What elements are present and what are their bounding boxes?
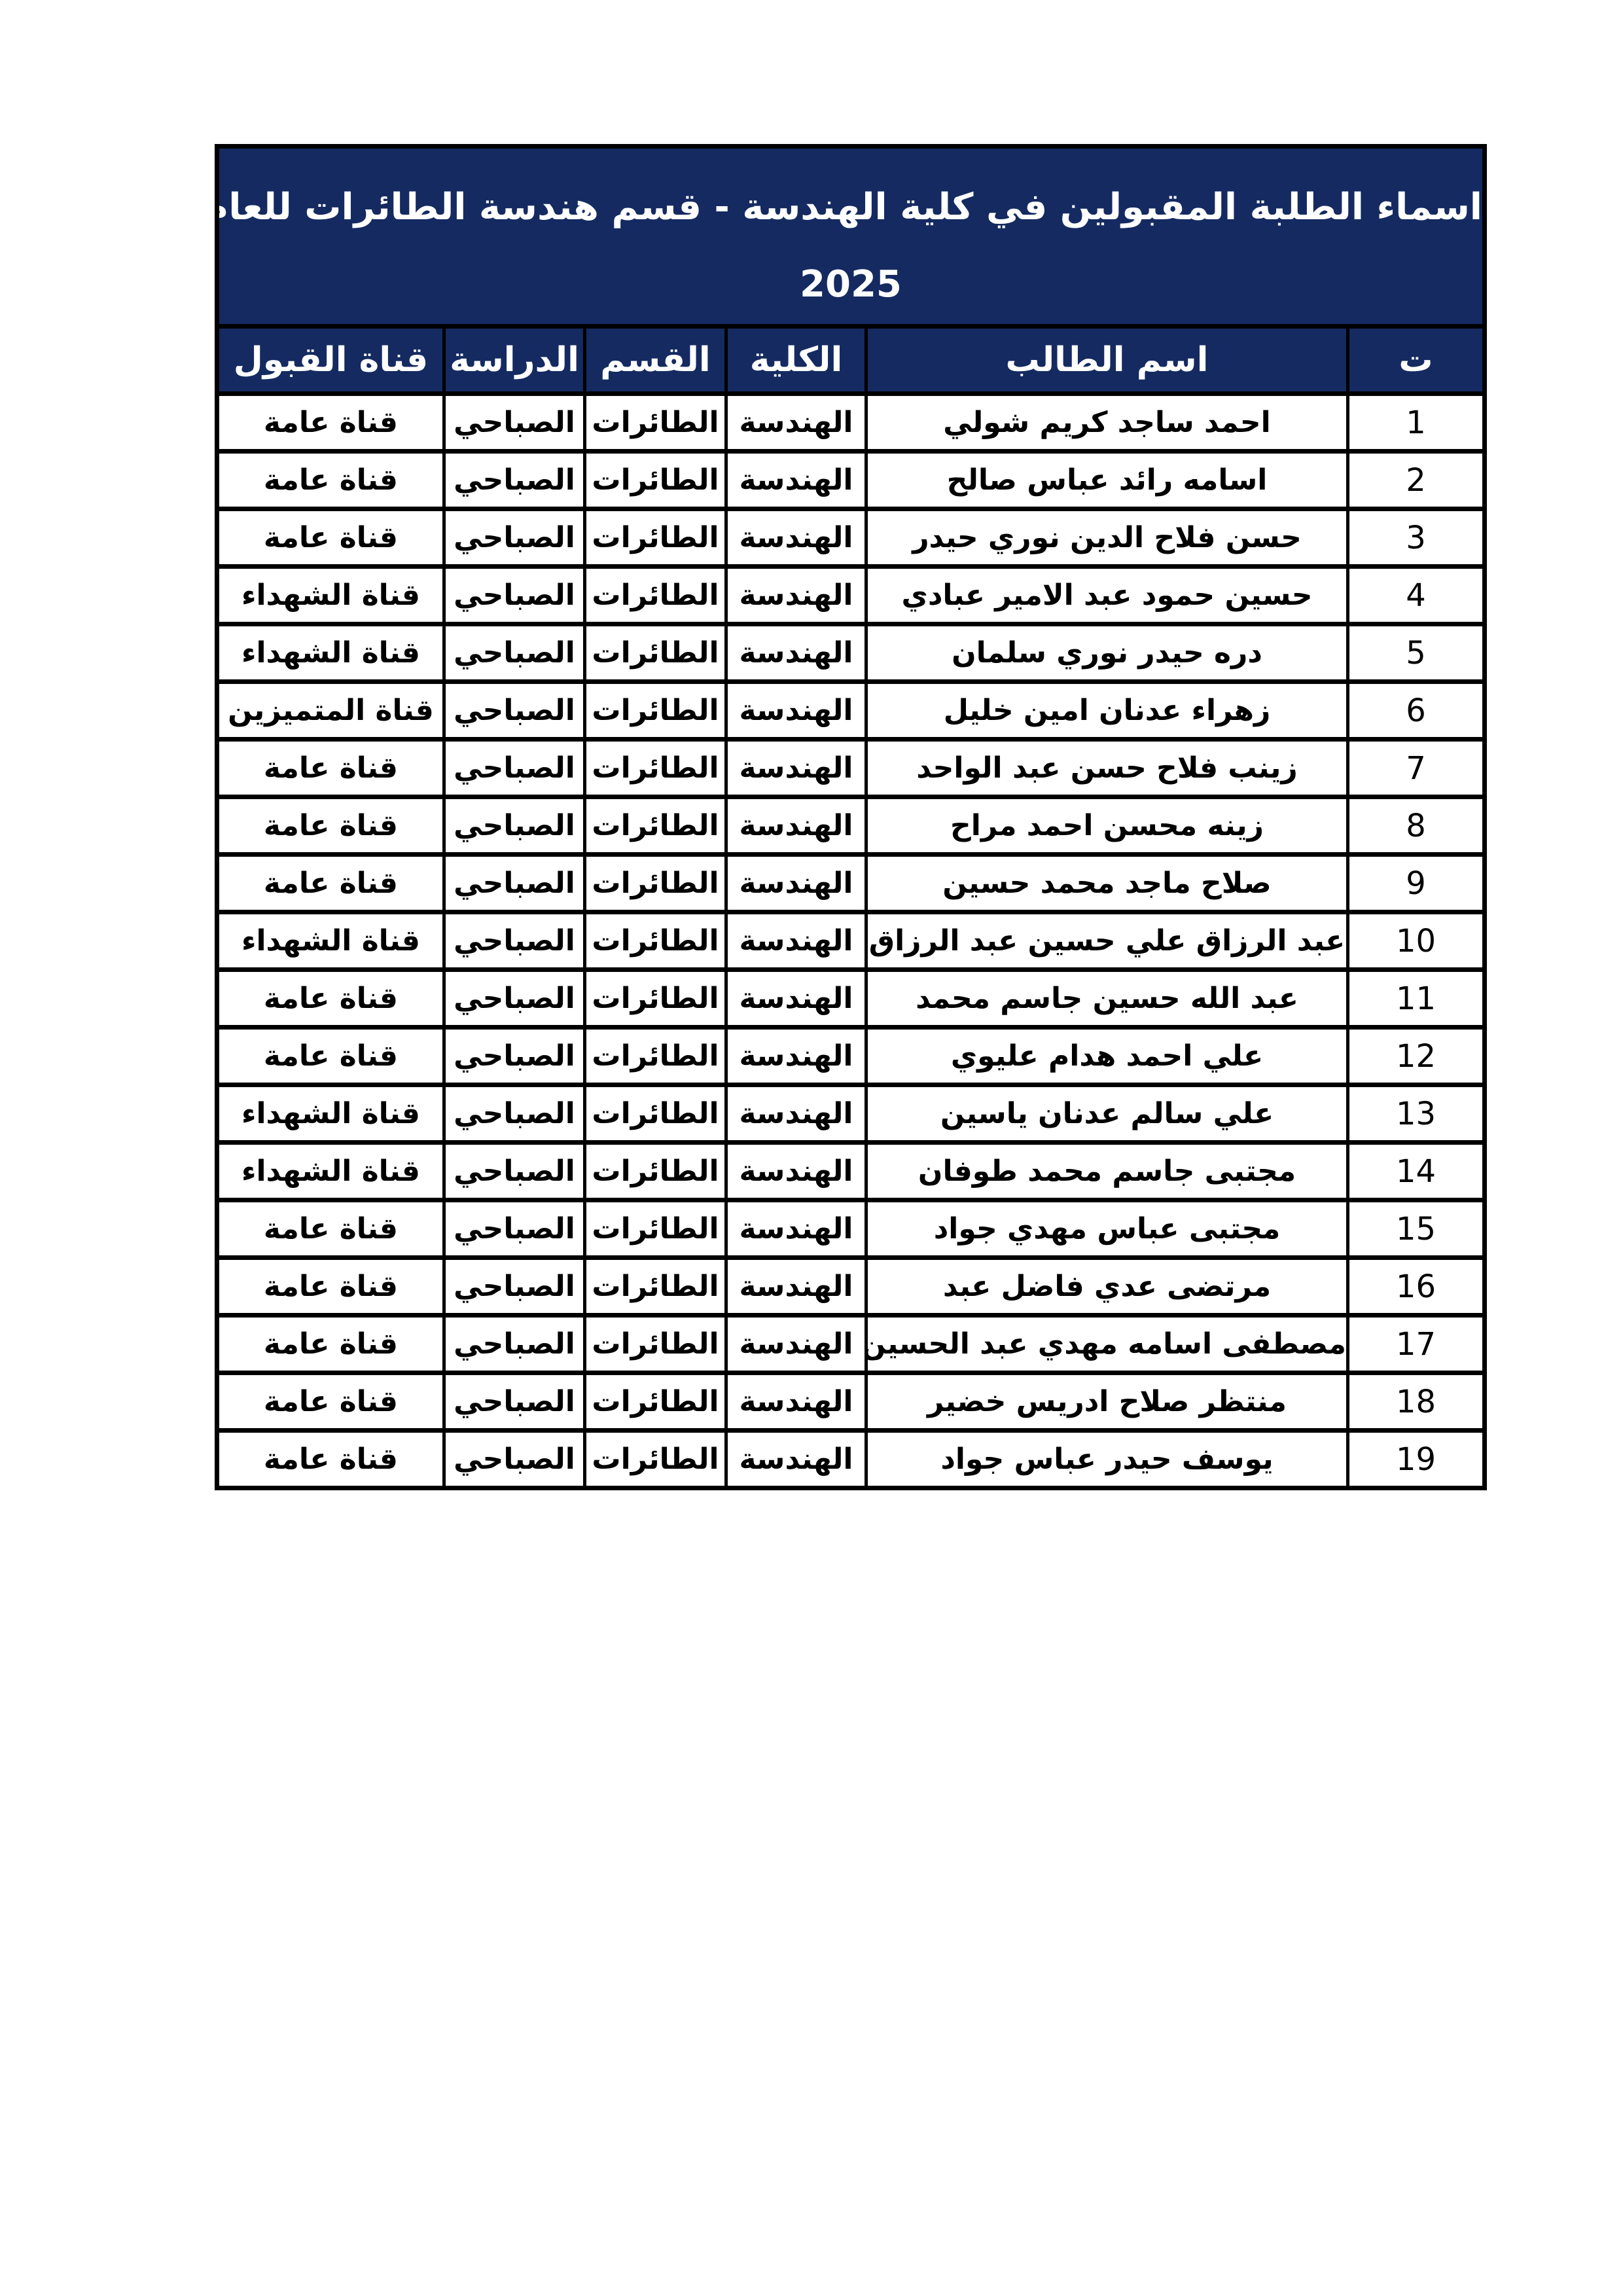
- cell-student-name: علي سالم عدنان ياسين: [866, 1085, 1348, 1143]
- cell-admission-channel: قناة عامة: [217, 1258, 444, 1316]
- cell-department: الطائرات: [585, 1258, 726, 1316]
- cell-college: الهندسة: [726, 797, 866, 855]
- cell-student-name: مجتبى عباس مهدي جواد: [866, 1200, 1348, 1258]
- cell-student-name: منتظر صلاح ادريس خضير: [866, 1373, 1348, 1431]
- cell-serial: 13: [1348, 1085, 1485, 1143]
- document-page: اسماء الطلبة المقبولين في كلية الهندسة -…: [0, 0, 1623, 2296]
- cell-student-name: صلاح ماجد محمد حسين: [866, 855, 1348, 912]
- cell-college: الهندسة: [726, 912, 866, 970]
- cell-serial: 8: [1348, 797, 1485, 855]
- cell-student-name: مجتبى جاسم محمد طوفان: [866, 1143, 1348, 1200]
- cell-admission-channel: قناة المتميزين: [217, 682, 444, 740]
- column-header-serial: ت: [1348, 327, 1485, 394]
- cell-study: الصباحي: [444, 1431, 585, 1488]
- cell-student-name: زينب فلاح حسن عبد الواحد: [866, 740, 1348, 797]
- table-row: 9 صلاح ماجد محمد حسين الهندسة الطائرات ا…: [217, 855, 1484, 912]
- cell-department: الطائرات: [585, 1431, 726, 1488]
- cell-student-name: زينه محسن احمد مراح: [866, 797, 1348, 855]
- cell-study: الصباحي: [444, 509, 585, 567]
- cell-serial: 6: [1348, 682, 1485, 740]
- table-body: 1 احمد ساجد كريم شولي الهندسة الطائرات ا…: [217, 394, 1484, 1488]
- table-row: 10 عبد الرزاق علي حسين عبد الرزاق الهندس…: [217, 912, 1484, 970]
- table-title-line1: اسماء الطلبة المقبولين في كلية الهندسة -…: [219, 189, 1482, 226]
- cell-department: الطائرات: [585, 1316, 726, 1373]
- cell-department: الطائرات: [585, 1028, 726, 1085]
- cell-student-name: دره حيدر نوري سلمان: [866, 624, 1348, 682]
- cell-college: الهندسة: [726, 1200, 866, 1258]
- cell-study: الصباحي: [444, 1316, 585, 1373]
- table-row: 14 مجتبى جاسم محمد طوفان الهندسة الطائرا…: [217, 1143, 1484, 1200]
- cell-student-name: مرتضى عدي فاضل عبد: [866, 1258, 1348, 1316]
- cell-department: الطائرات: [585, 797, 726, 855]
- cell-student-name: عبد الله حسين جاسم محمد: [866, 970, 1348, 1028]
- cell-serial: 14: [1348, 1143, 1485, 1200]
- acceptance-table: اسماء الطلبة المقبولين في كلية الهندسة -…: [218, 144, 1487, 1490]
- cell-college: الهندسة: [726, 1373, 866, 1431]
- cell-department: الطائرات: [585, 682, 726, 740]
- cell-admission-channel: قناة عامة: [217, 1373, 444, 1431]
- column-header-student-name: اسم الطالب: [866, 327, 1348, 394]
- cell-department: الطائرات: [585, 509, 726, 567]
- cell-study: الصباحي: [444, 970, 585, 1028]
- cell-study: الصباحي: [444, 740, 585, 797]
- cell-student-name: يوسف حيدر عباس جواد: [866, 1431, 1348, 1488]
- table-row: 5 دره حيدر نوري سلمان الهندسة الطائرات ا…: [217, 624, 1484, 682]
- table-row: 6 زهراء عدنان امين خليل الهندسة الطائرات…: [217, 682, 1484, 740]
- table-row: 8 زينه محسن احمد مراح الهندسة الطائرات ا…: [217, 797, 1484, 855]
- table-row: 3 حسن فلاح الدين نوري حيدر الهندسة الطائ…: [217, 509, 1484, 567]
- cell-admission-channel: قناة عامة: [217, 1200, 444, 1258]
- cell-serial: 1: [1348, 394, 1485, 452]
- cell-admission-channel: قناة عامة: [217, 740, 444, 797]
- table-row: 7 زينب فلاح حسن عبد الواحد الهندسة الطائ…: [217, 740, 1484, 797]
- cell-serial: 2: [1348, 452, 1485, 509]
- cell-study: الصباحي: [444, 1258, 585, 1316]
- cell-admission-channel: قناة عامة: [217, 394, 444, 452]
- cell-department: الطائرات: [585, 567, 726, 624]
- cell-serial: 11: [1348, 970, 1485, 1028]
- cell-student-name: حسن فلاح الدين نوري حيدر: [866, 509, 1348, 567]
- table-row: 4 حسين حمود عبد الامير عبادي الهندسة الط…: [217, 567, 1484, 624]
- cell-student-name: احمد ساجد كريم شولي: [866, 394, 1348, 452]
- cell-department: الطائرات: [585, 855, 726, 912]
- cell-student-name: عبد الرزاق علي حسين عبد الرزاق: [866, 912, 1348, 970]
- table-row: 19 يوسف حيدر عباس جواد الهندسة الطائرات …: [217, 1431, 1484, 1488]
- cell-study: الصباحي: [444, 452, 585, 509]
- cell-student-name: مصطفى اسامه مهدي عبد الحسين: [866, 1316, 1348, 1373]
- cell-department: الطائرات: [585, 912, 726, 970]
- cell-admission-channel: قناة عامة: [217, 1316, 444, 1373]
- title-row: اسماء الطلبة المقبولين في كلية الهندسة -…: [217, 147, 1484, 327]
- cell-admission-channel: قناة عامة: [217, 452, 444, 509]
- table-row: 1 احمد ساجد كريم شولي الهندسة الطائرات ا…: [217, 394, 1484, 452]
- cell-study: الصباحي: [444, 1028, 585, 1085]
- cell-admission-channel: قناة الشهداء: [217, 1085, 444, 1143]
- cell-admission-channel: قناة الشهداء: [217, 567, 444, 624]
- cell-study: الصباحي: [444, 1200, 585, 1258]
- cell-college: الهندسة: [726, 740, 866, 797]
- cell-college: الهندسة: [726, 970, 866, 1028]
- cell-college: الهندسة: [726, 509, 866, 567]
- table-row: 13 علي سالم عدنان ياسين الهندسة الطائرات…: [217, 1085, 1484, 1143]
- cell-admission-channel: قناة عامة: [217, 509, 444, 567]
- cell-college: الهندسة: [726, 1028, 866, 1085]
- column-header-study: الدراسة: [444, 327, 585, 394]
- cell-college: الهندسة: [726, 855, 866, 912]
- cell-study: الصباحي: [444, 567, 585, 624]
- table-row: 18 منتظر صلاح ادريس خضير الهندسة الطائرا…: [217, 1373, 1484, 1431]
- cell-serial: 16: [1348, 1258, 1485, 1316]
- cell-admission-channel: قناة عامة: [217, 970, 444, 1028]
- column-header-department: القسم: [585, 327, 726, 394]
- cell-student-name: زهراء عدنان امين خليل: [866, 682, 1348, 740]
- cell-study: الصباحي: [444, 624, 585, 682]
- cell-serial: 15: [1348, 1200, 1485, 1258]
- cell-serial: 10: [1348, 912, 1485, 970]
- cell-college: الهندسة: [726, 682, 866, 740]
- table-row: 12 علي احمد هدام عليوي الهندسة الطائرات …: [217, 1028, 1484, 1085]
- students-table: اسماء الطلبة المقبولين في كلية الهندسة -…: [215, 144, 1487, 1490]
- cell-admission-channel: قناة الشهداء: [217, 912, 444, 970]
- cell-study: الصباحي: [444, 394, 585, 452]
- cell-college: الهندسة: [726, 567, 866, 624]
- cell-admission-channel: قناة الشهداء: [217, 1143, 444, 1200]
- cell-serial: 9: [1348, 855, 1485, 912]
- cell-study: الصباحي: [444, 912, 585, 970]
- cell-department: الطائرات: [585, 1373, 726, 1431]
- column-header-row: ت اسم الطالب الكلية القسم الدراسة قناة ا…: [217, 327, 1484, 394]
- cell-admission-channel: قناة عامة: [217, 1431, 444, 1488]
- cell-department: الطائرات: [585, 740, 726, 797]
- cell-serial: 4: [1348, 567, 1485, 624]
- cell-serial: 18: [1348, 1373, 1485, 1431]
- cell-study: الصباحي: [444, 1085, 585, 1143]
- table-head: اسماء الطلبة المقبولين في كلية الهندسة -…: [217, 147, 1484, 394]
- cell-admission-channel: قناة الشهداء: [217, 624, 444, 682]
- cell-department: الطائرات: [585, 624, 726, 682]
- cell-college: الهندسة: [726, 394, 866, 452]
- cell-college: الهندسة: [726, 1143, 866, 1200]
- cell-serial: 19: [1348, 1431, 1485, 1488]
- column-header-admission-channel: قناة القبول: [217, 327, 444, 394]
- cell-college: الهندسة: [726, 1431, 866, 1488]
- cell-serial: 5: [1348, 624, 1485, 682]
- cell-admission-channel: قناة عامة: [217, 797, 444, 855]
- cell-student-name: اسامه رائد عباس صالح: [866, 452, 1348, 509]
- cell-department: الطائرات: [585, 452, 726, 509]
- cell-admission-channel: قناة عامة: [217, 1028, 444, 1085]
- cell-study: الصباحي: [444, 855, 585, 912]
- cell-serial: 3: [1348, 509, 1485, 567]
- cell-student-name: علي احمد هدام عليوي: [866, 1028, 1348, 1085]
- table-row: 16 مرتضى عدي فاضل عبد الهندسة الطائرات ا…: [217, 1258, 1484, 1316]
- cell-college: الهندسة: [726, 1258, 866, 1316]
- table-row: 17 مصطفى اسامه مهدي عبد الحسين الهندسة ا…: [217, 1316, 1484, 1373]
- cell-department: الطائرات: [585, 394, 726, 452]
- cell-study: الصباحي: [444, 1373, 585, 1431]
- cell-study: الصباحي: [444, 1143, 585, 1200]
- cell-serial: 12: [1348, 1028, 1485, 1085]
- cell-college: الهندسة: [726, 1085, 866, 1143]
- cell-study: الصباحي: [444, 682, 585, 740]
- cell-department: الطائرات: [585, 1085, 726, 1143]
- cell-department: الطائرات: [585, 1143, 726, 1200]
- cell-college: الهندسة: [726, 452, 866, 509]
- cell-student-name: حسين حمود عبد الامير عبادي: [866, 567, 1348, 624]
- cell-serial: 7: [1348, 740, 1485, 797]
- table-title-line2: 2025: [219, 266, 1482, 303]
- cell-department: الطائرات: [585, 1200, 726, 1258]
- cell-serial: 17: [1348, 1316, 1485, 1373]
- cell-college: الهندسة: [726, 1316, 866, 1373]
- table-title: اسماء الطلبة المقبولين في كلية الهندسة -…: [217, 147, 1484, 327]
- cell-department: الطائرات: [585, 970, 726, 1028]
- table-row: 2 اسامه رائد عباس صالح الهندسة الطائرات …: [217, 452, 1484, 509]
- cell-study: الصباحي: [444, 797, 585, 855]
- cell-admission-channel: قناة عامة: [217, 855, 444, 912]
- table-row: 15 مجتبى عباس مهدي جواد الهندسة الطائرات…: [217, 1200, 1484, 1258]
- cell-college: الهندسة: [726, 624, 866, 682]
- table-row: 11 عبد الله حسين جاسم محمد الهندسة الطائ…: [217, 970, 1484, 1028]
- column-header-college: الكلية: [726, 327, 866, 394]
